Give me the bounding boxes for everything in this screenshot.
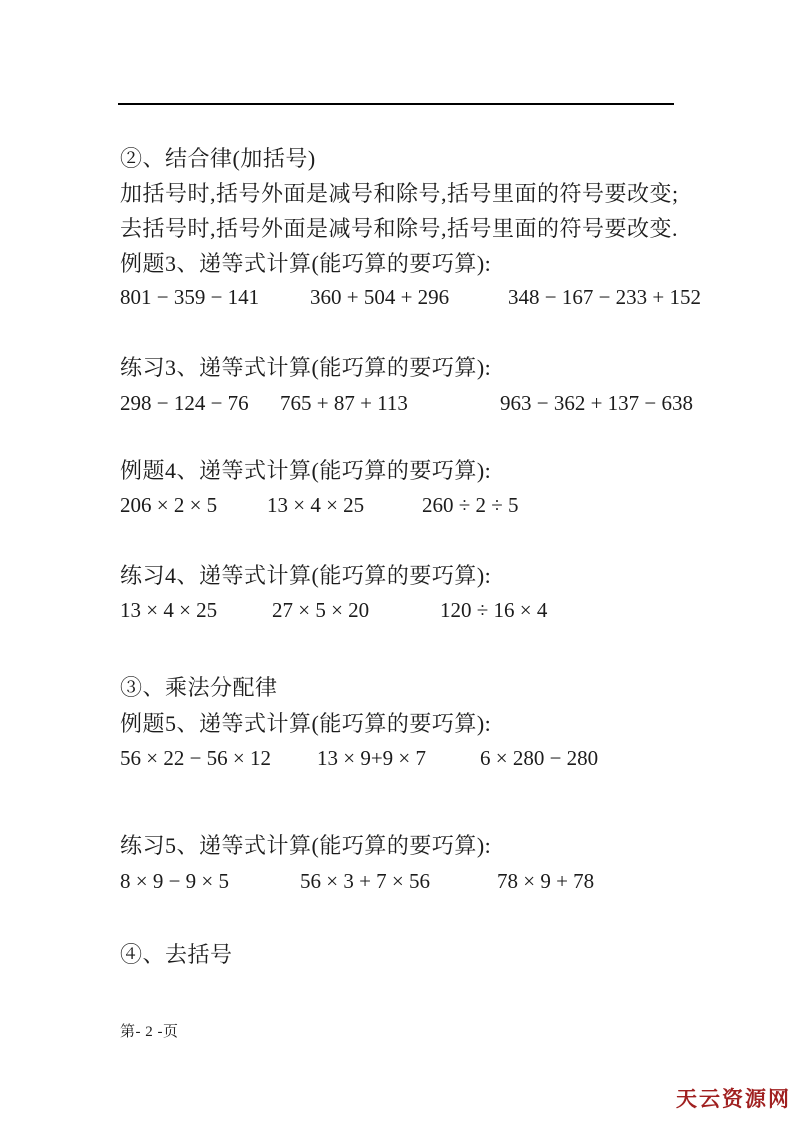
practice3-expression-2: 765 + 87 + 113 <box>280 391 408 415</box>
rule-text-add-brackets: 加括号时,括号外面是减号和除号,括号里面的符号要改变; <box>120 181 679 207</box>
practice3-expression-3: 963 − 362 + 137 − 638 <box>500 391 693 415</box>
example5-expression-1: 56 × 22 − 56 × 12 <box>120 746 271 770</box>
rule-text-remove-brackets: 去括号时,括号外面是减号和除号,括号里面的符号要改变. <box>120 216 678 242</box>
example3-title: 例题3、递等式计算(能巧算的要巧算): <box>120 251 491 277</box>
practice4-expression-2: 27 × 5 × 20 <box>272 598 369 622</box>
document-page: ②、结合律(加括号) 加括号时,括号外面是减号和除号,括号里面的符号要改变; 去… <box>0 0 793 1122</box>
section-heading-distributive-law: ③、乘法分配律 <box>120 675 278 701</box>
practice3-expression-1: 298 − 124 − 76 <box>120 391 249 415</box>
practice5-expression-2: 56 × 3 + 7 × 56 <box>300 869 430 893</box>
site-watermark: 天云资源网 <box>676 1083 791 1113</box>
practice4-title: 练习4、递等式计算(能巧算的要巧算): <box>120 563 491 589</box>
example5-expression-2: 13 × 9+9 × 7 <box>317 746 426 770</box>
practice5-title: 练习5、递等式计算(能巧算的要巧算): <box>120 833 491 859</box>
example3-expression-1: 801 − 359 − 141 <box>120 285 259 309</box>
example4-expression-3: 260 ÷ 2 ÷ 5 <box>422 493 519 517</box>
practice4-expression-3: 120 ÷ 16 × 4 <box>440 598 547 622</box>
example4-expression-2: 13 × 4 × 25 <box>267 493 364 517</box>
example5-title: 例题5、递等式计算(能巧算的要巧算): <box>120 711 491 737</box>
example5-expression-3: 6 × 280 − 280 <box>480 746 598 770</box>
section-heading-remove-brackets: ④、去括号 <box>120 942 233 968</box>
section-heading-associative-law: ②、结合律(加括号) <box>120 146 316 172</box>
practice4-expression-1: 13 × 4 × 25 <box>120 598 217 622</box>
example4-expression-1: 206 × 2 × 5 <box>120 493 217 517</box>
header-divider-line <box>118 103 674 105</box>
example4-title: 例题4、递等式计算(能巧算的要巧算): <box>120 458 491 484</box>
example3-expression-3: 348 − 167 − 233 + 152 <box>508 285 701 309</box>
practice5-expression-3: 78 × 9 + 78 <box>497 869 594 893</box>
example3-expression-2: 360 + 504 + 296 <box>310 285 449 309</box>
practice3-title: 练习3、递等式计算(能巧算的要巧算): <box>120 355 491 381</box>
practice5-expression-1: 8 × 9 − 9 × 5 <box>120 869 229 893</box>
page-number-footer: 第- 2 -页 <box>120 1020 179 1041</box>
